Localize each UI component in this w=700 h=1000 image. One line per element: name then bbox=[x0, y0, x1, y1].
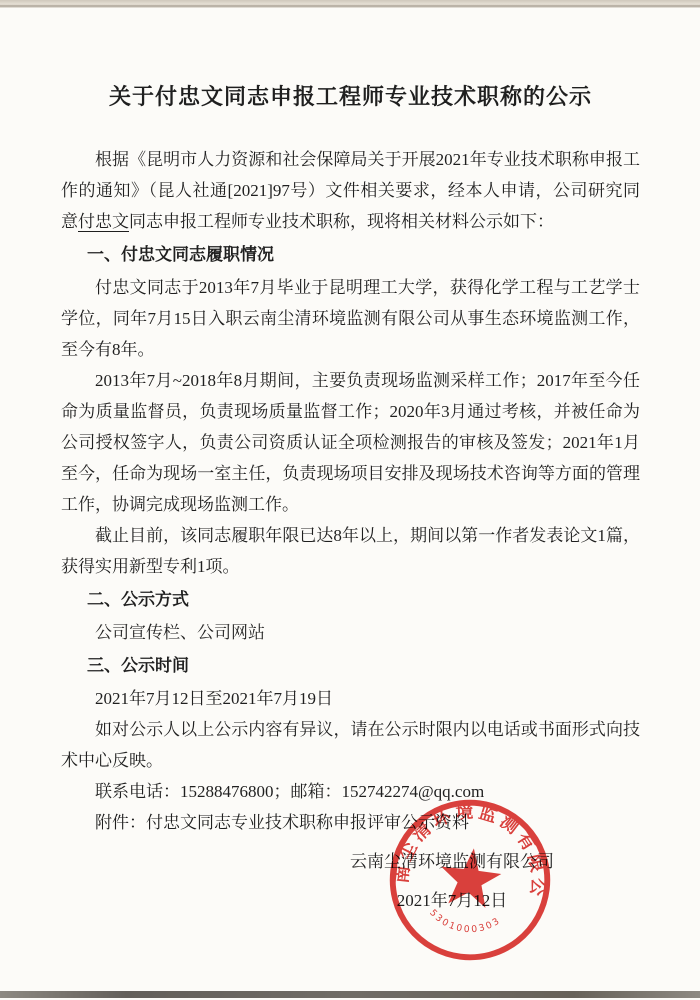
section-1-paragraph-3: 截止目前，该同志履职年限已达8年以上，期间以第一作者发表论文1篇，获得实用新型专… bbox=[61, 520, 640, 582]
objection-paragraph: 如对公示人以上公示内容有异议，请在公示时限内以电话或书面形式向技术中心反映。 bbox=[61, 714, 640, 776]
applicant-name-underlined: 付忠文 bbox=[78, 212, 129, 231]
scan-edge-bottom bbox=[0, 991, 700, 998]
company-seal: 云南尘清环境监测有限公司 5301000303 bbox=[376, 786, 563, 973]
section-2-paragraph-1: 公司宣传栏、公司网站 bbox=[61, 617, 640, 648]
section-2-heading: 二、公示方式 bbox=[61, 584, 640, 615]
contact-line: 联系电话：15288476800；邮箱：152742274@qq.com bbox=[61, 776, 640, 807]
seal-star-icon bbox=[437, 845, 504, 910]
document-page: 关于付忠文同志申报工程师专业技术职称的公示 根据《昆明市人力资源和社会保障局关于… bbox=[61, 82, 640, 920]
company-seal-graphic: 云南尘清环境监测有限公司 5301000303 bbox=[376, 786, 563, 973]
intro-paragraph: 根据《昆明市人力资源和社会保障局关于开展2021年专业技术职称申报工作的通知》（… bbox=[61, 144, 640, 237]
scan-edge-top bbox=[0, 0, 700, 8]
section-1-heading: 一、付忠文同志履职情况 bbox=[61, 239, 640, 270]
publicity-date-range: 2021年7月12日至2021年7月19日 bbox=[61, 683, 640, 714]
notice-title: 关于付忠文同志申报工程师专业技术职称的公示 bbox=[61, 82, 640, 112]
section-1-paragraph-2: 2013年7月~2018年8月期间，主要负责现场监测采样工作；2017年至今任命… bbox=[61, 365, 640, 520]
seal-serial-number: 5301000303 bbox=[425, 907, 504, 940]
section-3-heading: 三、公示时间 bbox=[61, 650, 640, 681]
section-1-paragraph-1: 付忠文同志于2013年7月毕业于昆明理工大学，获得化学工程与工艺学士学位，同年7… bbox=[61, 272, 640, 365]
seal-serial-holder: 5301000303 bbox=[425, 907, 504, 940]
intro-text-part2: 同志申报工程师专业技术职称，现将相关材料公示如下： bbox=[129, 212, 554, 231]
